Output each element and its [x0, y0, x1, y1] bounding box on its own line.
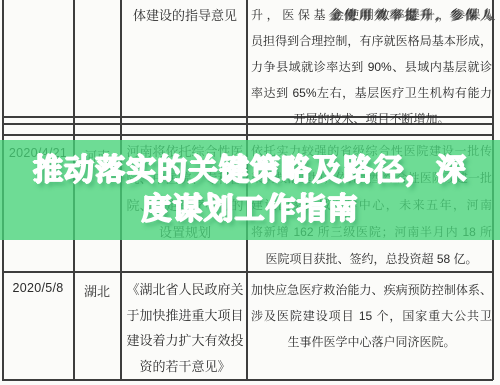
- text-line: 建设着力扩大有效投: [124, 328, 246, 354]
- overprinted-text: 金使用效率提升，参保人: [329, 8, 492, 22]
- text-line: 加快应急医疗救治能力、疾病预防控制体系、: [251, 277, 492, 303]
- text-line: 力争县域就诊率达到 90%、县域内基层就诊: [251, 54, 492, 80]
- cell-date-hubei: 2020/5/8: [3, 281, 73, 295]
- banner-title-line2: 度谋划工作指南: [142, 190, 359, 229]
- text-line: 升，医保基金使用效率提升，参保人: [251, 2, 492, 28]
- cell-document-title-row0: 体建设的指导意见: [124, 3, 246, 29]
- text-line: 涉及医院建设项目 15 个，国家重大公共卫: [251, 303, 492, 329]
- text-line: 资的若干意见》: [124, 354, 246, 380]
- cell-province-hubei: 湖北: [74, 281, 120, 300]
- table-border-bottom: [2, 379, 493, 381]
- text-line: 《湖北省人民政府关: [124, 277, 246, 303]
- cell-content-row0: 升，医保基金使用效率提升，参保人员担得到合理控制，有序就医格局基本形成，力争县域…: [251, 2, 492, 132]
- text-line: 生事件医学中心落户同济医院。: [251, 329, 492, 355]
- banner-title: 推动落实的关键策略及路径，深 度谋划工作指南: [0, 139, 500, 241]
- text-line: 于加快推进重大项目: [124, 303, 246, 329]
- text-line: 开展的技术、项目不断增加。: [251, 106, 492, 132]
- table-row-divider: [2, 134, 493, 136]
- banner-title-line1: 推动落实的关键策略及路径，深: [33, 151, 467, 190]
- cell-content-hubei: 加快应急医疗救治能力、疾病预防控制体系、涉及医院建设项目 15 个，国家重大公共…: [251, 277, 492, 355]
- text-line: 医院项目获批、签约，总投资超 58 亿。: [251, 246, 492, 273]
- cell-document-title-hubei: 《湖北省人民政府关于加快推进重大项目建设着力扩大有效投资的若干意见》: [124, 277, 246, 379]
- text-line: 率达到 65%左右，基层医疗卫生机构有能力: [251, 80, 492, 106]
- text-line: 体建设的指导意见: [124, 3, 246, 29]
- text-line: 员担得到合理控制，有序就医格局基本形成，: [251, 28, 492, 54]
- scanned-document-page: 体建设的指导意见 升，医保基金使用效率提升，参保人员担得到合理控制，有序就医格局…: [0, 0, 500, 385]
